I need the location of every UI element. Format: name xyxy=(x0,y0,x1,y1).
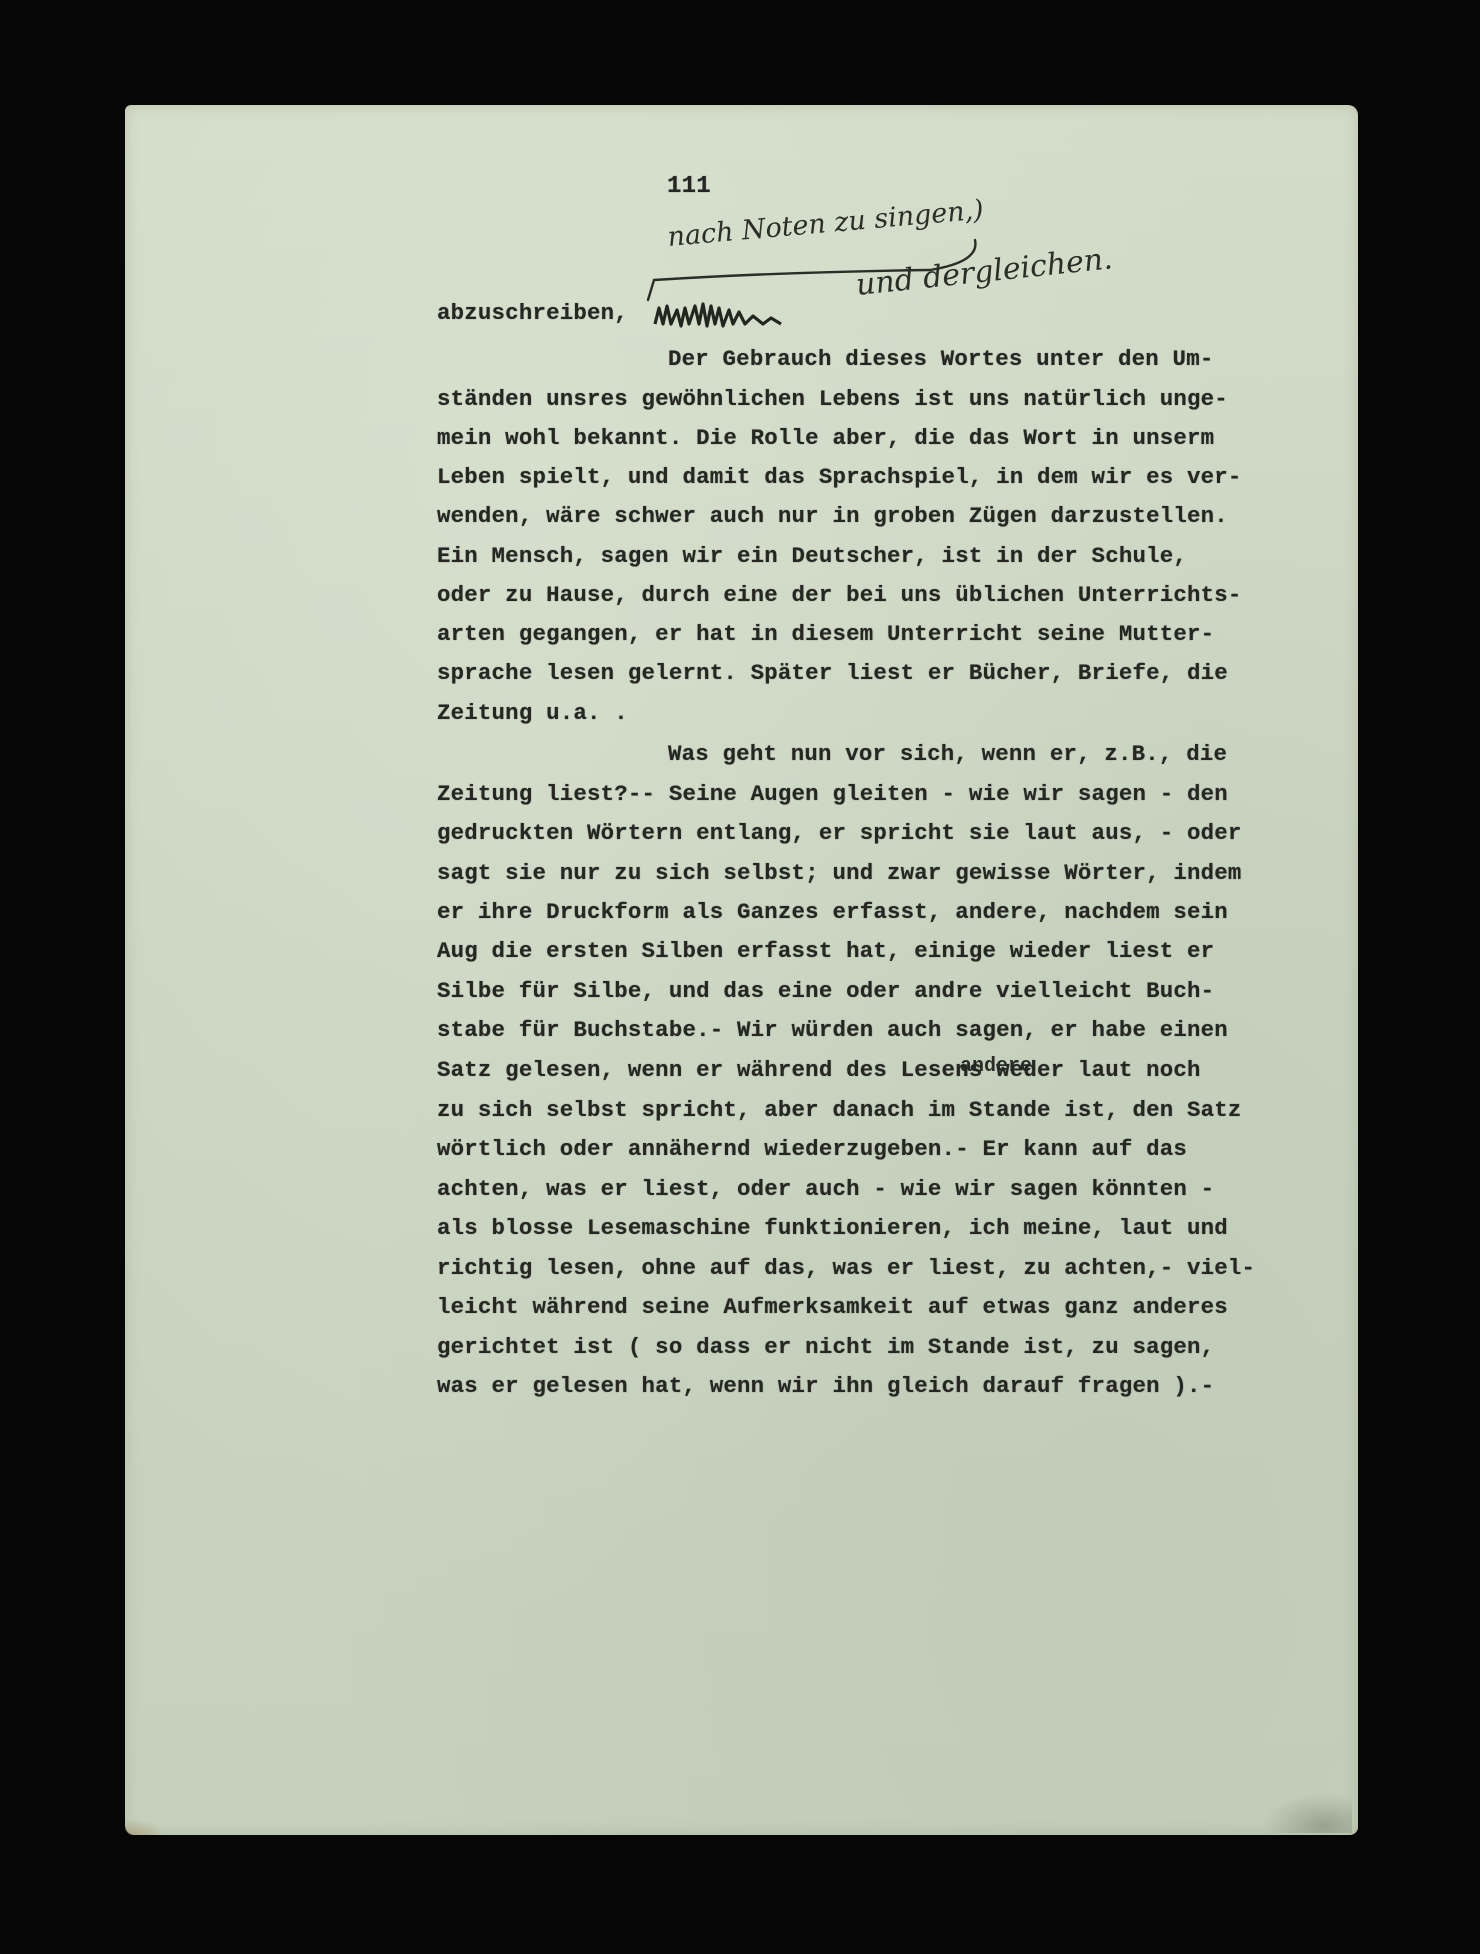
typed-line: wenden, wäre schwer auch nur in groben Z… xyxy=(437,503,1228,529)
typed-line: Was geht nun vor sich, wenn er, z.B., di… xyxy=(668,741,1227,767)
typed-line: Zeitung u.a. . xyxy=(437,700,628,726)
typed-line: was er gelesen hat, wenn wir ihn gleich … xyxy=(437,1373,1214,1399)
typed-line: er ihre Druckform als Ganzes erfasst, an… xyxy=(437,899,1228,925)
typed-line: ständen unsres gewöhnlichen Lebens ist u… xyxy=(437,386,1228,412)
typed-line: gedruckten Wörtern entlang, er spricht s… xyxy=(437,820,1242,846)
typed-line: Zeitung liest?-- Seine Augen gleiten - w… xyxy=(437,781,1228,807)
typed-line: gerichtet ist ( so dass er nicht im Stan… xyxy=(437,1334,1214,1360)
typed-line: Ein Mensch, sagen wir ein Deutscher, ist… xyxy=(437,543,1187,569)
typed-line: richtig lesen, ohne auf das, was er lies… xyxy=(437,1255,1255,1281)
typed-line: Silbe für Silbe, und das eine oder andre… xyxy=(437,978,1214,1004)
paper-stain xyxy=(125,1819,165,1835)
struck-out-scribble-icon xyxy=(645,300,825,330)
paper-smudge xyxy=(1262,1793,1352,1833)
typed-line: stabe für Buchstabe.- Wir würden auch sa… xyxy=(437,1017,1228,1043)
typed-line: sagt sie nur zu sich selbst; und zwar ge… xyxy=(437,860,1242,886)
page-number: 111 xyxy=(667,173,711,200)
typed-line: Satz gelesen, wenn er während des Lesens… xyxy=(437,1057,1201,1083)
typed-line: arten gegangen, er hat in diesem Unterri… xyxy=(437,621,1214,647)
typed-line: oder zu Hause, durch eine der bei uns üb… xyxy=(437,582,1242,608)
typed-line: als blosse Lesemaschine funktionieren, i… xyxy=(437,1215,1228,1241)
typed-line: Der Gebrauch dieses Wortes unter den Um- xyxy=(668,346,1213,372)
typed-line: zu sich selbst spricht, aber danach im S… xyxy=(437,1097,1242,1123)
typed-line: Aug die ersten Silben erfasst hat, einig… xyxy=(437,938,1214,964)
typed-line: leicht während seine Aufmerksamkeit auf … xyxy=(437,1294,1228,1320)
typed-line: achten, was er liest, oder auch - wie wi… xyxy=(437,1176,1214,1202)
typed-line: Leben spielt, und damit das Sprachspiel,… xyxy=(437,464,1242,490)
typed-line: sprache lesen gelernt. Später liest er B… xyxy=(437,660,1228,686)
typed-line: wörtlich oder annähernd wiederzugeben.- … xyxy=(437,1136,1187,1162)
typed-line-first: abzuschreiben, xyxy=(437,300,628,326)
typed-line: mein wohl bekannt. Die Rolle aber, die d… xyxy=(437,425,1214,451)
